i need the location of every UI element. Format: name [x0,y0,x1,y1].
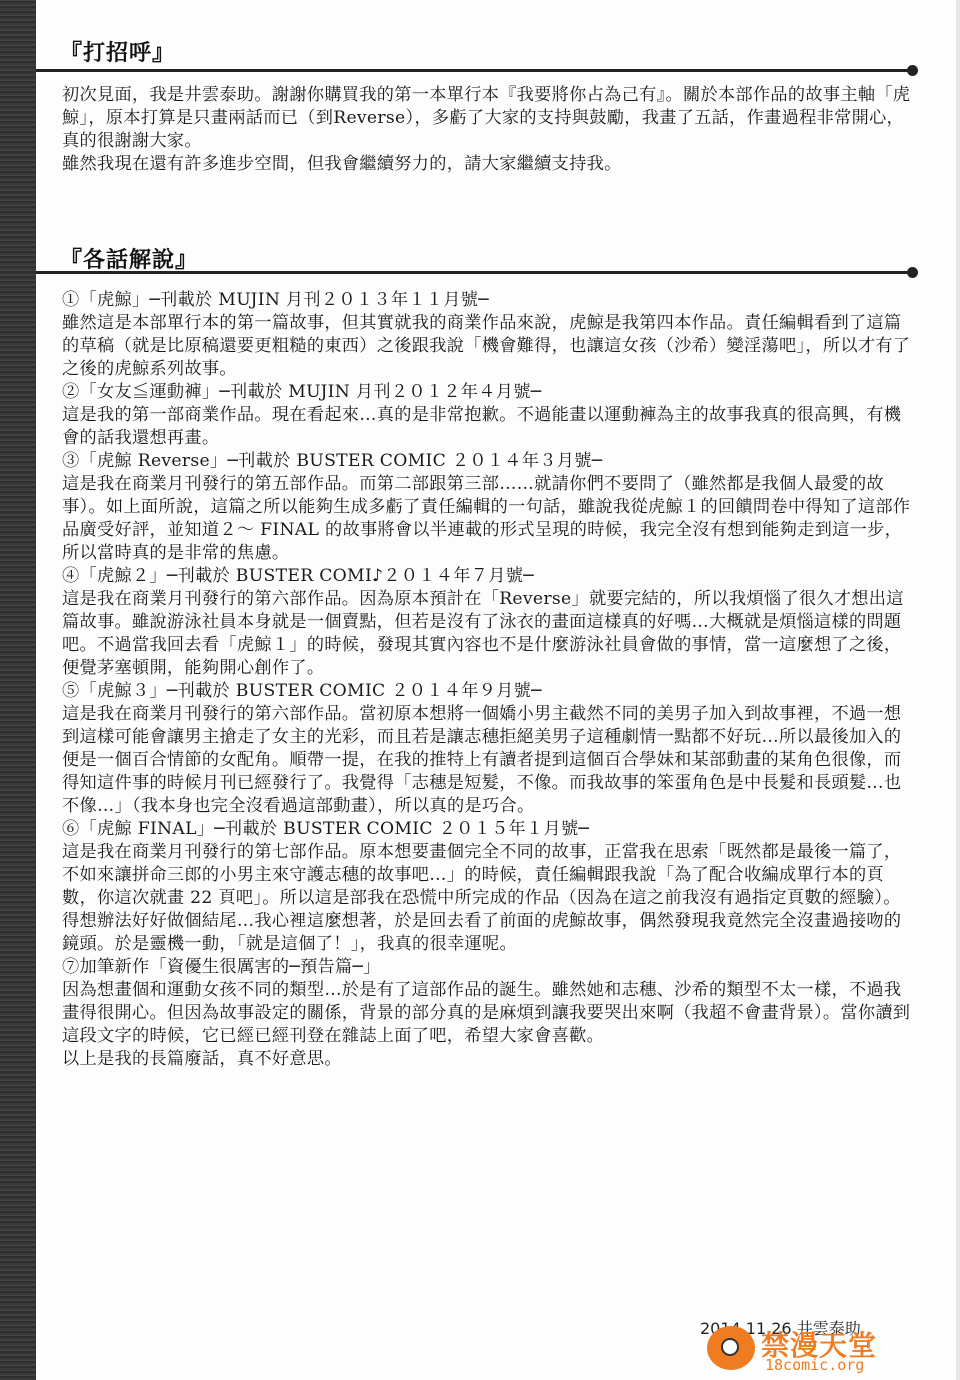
entry-heading: ③「虎鯨 Reverse」─刊載於 BUSTER COMIC ２０１４年３月號─ [62,450,918,473]
greeting-paragraph: 雖然我現在還有許多進步空間，但我會繼續努力的，請大家繼續支持我。 [62,153,918,176]
entry-heading: ⑤「虎鯨３」─刊載於 BUSTER COMIC ２０１４年９月號─ [62,680,918,703]
entry-heading: ⑦加筆新作「資優生很厲害的─預告篇─」 [62,956,918,979]
closing-line: 以上是我的長篇廢話，真不好意思。 [62,1048,918,1071]
greeting-body: 初次見面，我是井雲泰助。謝謝你購買我的第一本單行本『我要將你占為己有』。關於本部… [62,84,918,176]
commentary-title: 『各話解說』 [60,243,198,274]
entry-body: 這是我在商業月刊發行的第六部作品。當初原本想將一個嬌小男主截然不同的美男子加入到… [62,703,918,818]
greeting-paragraph: 初次見面，我是井雲泰助。謝謝你購買我的第一本單行本『我要將你占為己有』。關於本部… [62,84,918,153]
entry-body: 雖然這是本部單行本的第一篇故事，但其實就我的商業作品來說，虎鯨是我第四本作品。責… [62,312,918,381]
page-edge [956,0,960,1380]
entry-heading: ⑥「虎鯨 FINAL」─刊載於 BUSTER COMIC ２０１５年１月號─ [62,818,918,841]
orange-whale-icon [707,1326,755,1370]
entry-body: 因為想畫個和運動女孩不同的類型…於是有了這部作品的誕生。雖然她和志穗、沙希的類型… [62,979,918,1048]
entry-heading: ①「虎鯨」─刊載於 MUJIN 月刊２０１３年１１月號─ [62,289,918,312]
section-divider [36,271,912,274]
watermark-domain: 18comic.org [765,1356,864,1374]
entry-body: 這是我在商業月刊發行的第七部作品。原本想要畫個完全不同的故事，正當我在思索「既然… [62,841,918,956]
commentary-body: ①「虎鯨」─刊載於 MUJIN 月刊２０１３年１１月號─ 雖然這是本部單行本的第… [62,289,918,1071]
divider-dot-icon [907,267,918,278]
entry-body: 這是我在商業月刊發行的第五部作品。而第二部跟第三部……就請你們不要問了（雖然都是… [62,473,918,565]
divider-dot-icon [907,65,918,76]
book-spine-shadow [0,0,36,1380]
entry-body: 這是我的第一部商業作品。現在看起來…真的是非常抱歉。不過能畫以運動褲為主的故事我… [62,404,918,450]
watermark-logo: 禁漫天堂 18comic.org [705,1318,905,1378]
entry-heading: ④「虎鯨２」─刊載於 BUSTER COMI♪２０１４年７月號─ [62,565,918,588]
heart-eye-icon [721,1338,739,1356]
entry-body: 這是我在商業月刊發行的第六部作品。因為原本預計在「Reverse」就要完結的，所… [62,588,918,680]
entry-heading: ②「女友≦運動褲」─刊載於 MUJIN 月刊２０１２年４月號─ [62,381,918,404]
section-divider [36,69,912,72]
greeting-title: 『打招呼』 [60,36,175,67]
